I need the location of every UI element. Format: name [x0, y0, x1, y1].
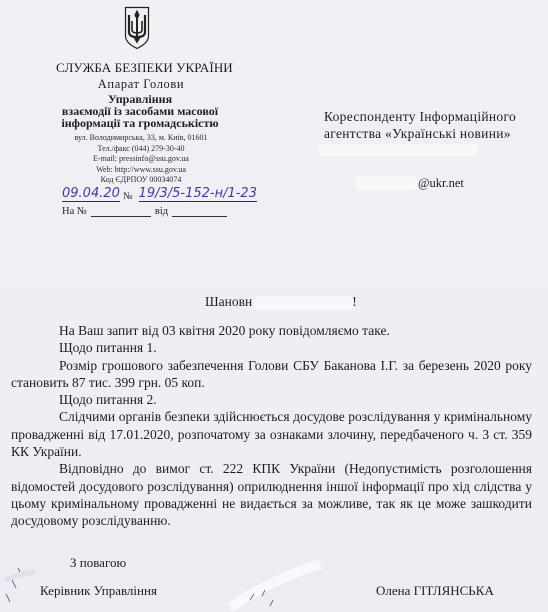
- contact-phone: Тел./факс (044) 279-30-40: [56, 144, 226, 155]
- body-paragraph: Відповідно до вимог ст. 222 КПК України …: [11, 460, 532, 529]
- redacted-email: [355, 176, 417, 190]
- subdivision-name: Апарат Голови: [56, 77, 226, 92]
- redacted-salutation-name: [255, 296, 353, 310]
- body-paragraph: Щодо питання 1.: [11, 339, 532, 356]
- registration-line: 09.04.20 № 19/3/5-152-н/1-23: [62, 186, 257, 202]
- contact-email: E-mail: pressinfo@ssu.gov.ua: [56, 154, 226, 165]
- body-paragraph: На Ваш запит від 03 квітня 2020 року пов…: [11, 322, 532, 339]
- signature-mark: [0, 560, 60, 612]
- number-sign: №: [123, 191, 133, 202]
- from-label: від: [155, 206, 168, 217]
- contact-web: Web: http://www.ssu.gov.ua: [56, 165, 226, 176]
- letter-page: СЛУЖБА БЕЗПЕКИ УКРАЇНИ Апарат Голови Упр…: [0, 0, 548, 612]
- body-paragraph: Розмір грошового забезпечення Голови СБУ…: [11, 357, 532, 392]
- organization-name: СЛУЖБА БЕЗПЕКИ УКРАЇНИ: [56, 60, 226, 76]
- ref-date-blank: [172, 216, 227, 217]
- addressee-line: Кореспонденту Інформаційного: [324, 109, 516, 125]
- body-paragraph: Щодо питання 2.: [11, 391, 532, 408]
- addressee-email: @ukr.net: [418, 176, 464, 191]
- redacted-name: [318, 144, 478, 156]
- reference-line: На № від: [62, 206, 227, 217]
- letter-body: На Ваш запит від 03 квітня 2020 року пов…: [11, 322, 532, 530]
- salutation-prefix: Шановн: [205, 294, 252, 309]
- department-line: інформації та громадськістю: [40, 117, 240, 129]
- body-paragraph: Слідчими органів безпеки здійснюється до…: [11, 408, 532, 460]
- contact-address: вул. Володимирська, 33, м. Київ, 01601: [56, 133, 226, 144]
- addressee-line: агентства «Українські новини»: [324, 126, 511, 142]
- signer-name: Олена ГІТЛЯНСЬКА: [376, 583, 494, 599]
- closing-regards: З повагою: [70, 555, 126, 571]
- ref-number-blank: [91, 216, 151, 217]
- contact-edrpou: Код ЄДРПОУ 00034074: [56, 175, 226, 186]
- ref-label: На №: [62, 206, 87, 217]
- registration-number: 19/3/5-152-н/1-23: [139, 186, 257, 202]
- registration-date: 09.04.20: [62, 186, 120, 202]
- signature-mark: [210, 560, 330, 612]
- trident-coat-of-arms-icon: [124, 6, 150, 50]
